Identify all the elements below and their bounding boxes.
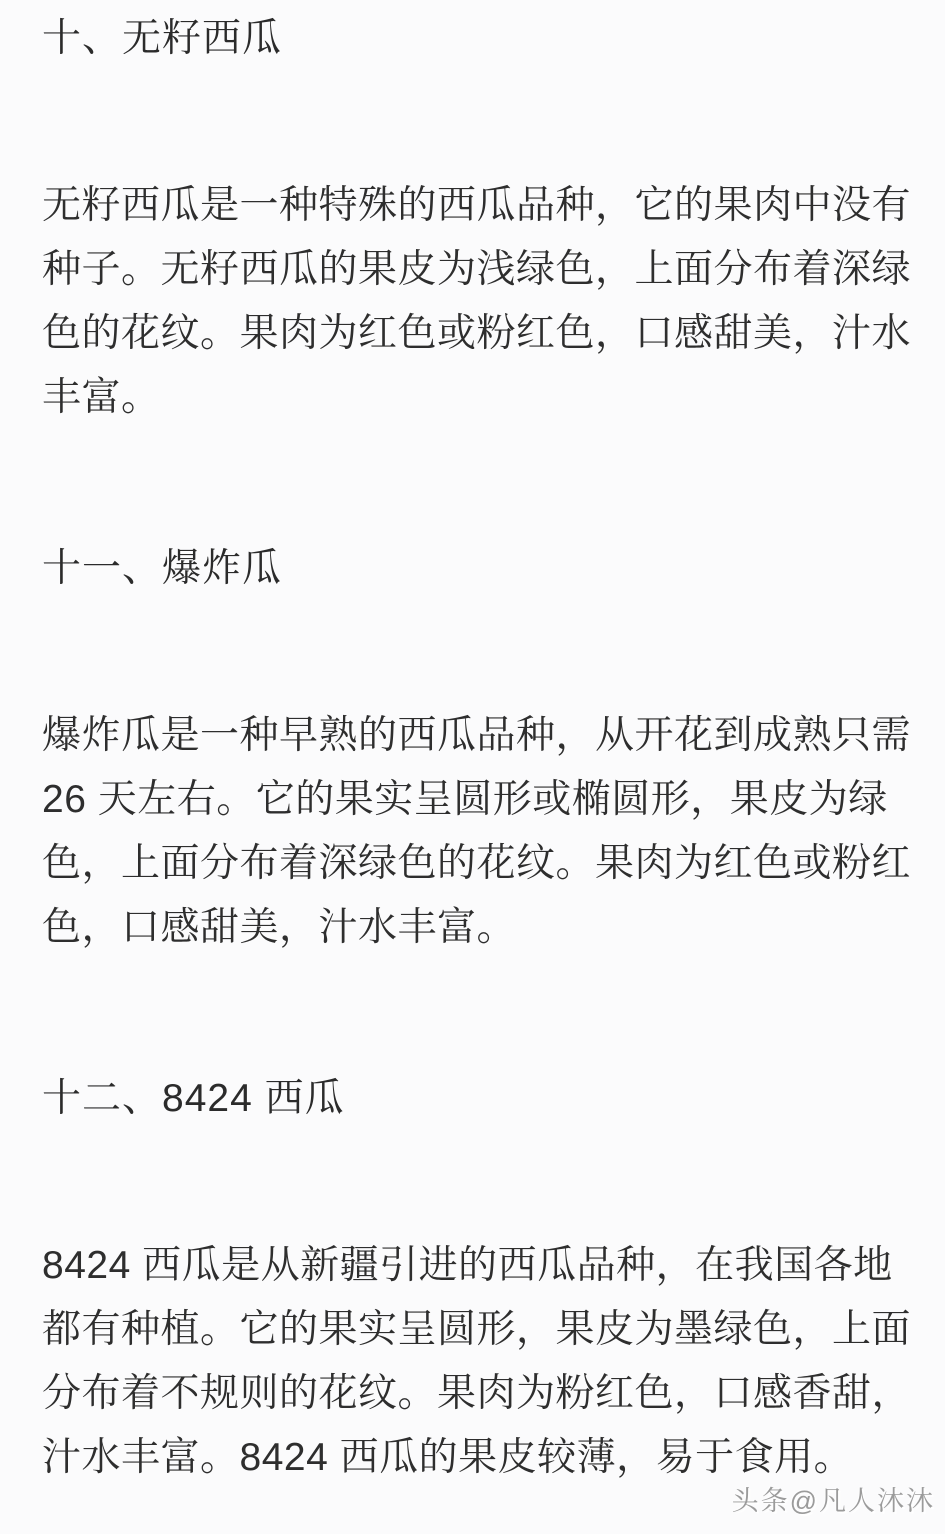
toutiao-author-watermark: 头条@凡人沐沐 xyxy=(732,1486,935,1516)
paragraph-line: 色，上面分布着深绿色的花纹。果肉为红色或粉红 xyxy=(42,832,903,896)
paragraph-line: 丰富。 xyxy=(42,366,903,430)
paragraph-line: 8424 西瓜是从新疆引进的西瓜品种，在我国各地 xyxy=(42,1234,903,1298)
section-seedless-watermelon: 十、无籽西瓜 无籽西瓜是一种特殊的西瓜品种，它的果肉中没有 种子。无籽西瓜的果皮… xyxy=(42,16,903,430)
paragraph-line: 都有种植。它的果实呈圆形，果皮为墨绿色，上面 xyxy=(42,1298,903,1362)
section-8424-watermelon: 十二、8424 西瓜 8424 西瓜是从新疆引进的西瓜品种，在我国各地 都有种植… xyxy=(42,1076,903,1490)
paragraph-line: 分布着不规则的花纹。果肉为粉红色，口感香甜， xyxy=(42,1362,903,1426)
paragraph-line: 色的花纹。果肉为红色或粉红色，口感甜美，汁水 xyxy=(42,302,903,366)
paragraph-line: 色，口感甜美，汁水丰富。 xyxy=(42,896,903,960)
paragraph-line: 汁水丰富。8424 西瓜的果皮较薄，易于食用。 xyxy=(42,1426,903,1490)
section-paragraph: 8424 西瓜是从新疆引进的西瓜品种，在我国各地 都有种植。它的果实呈圆形，果皮… xyxy=(42,1234,903,1490)
paragraph-line: 无籽西瓜是一种特殊的西瓜品种，它的果肉中没有 xyxy=(42,174,903,238)
section-paragraph: 爆炸瓜是一种早熟的西瓜品种，从开花到成熟只需 26 天左右。它的果实呈圆形或椭圆… xyxy=(42,704,903,960)
paragraph-line: 爆炸瓜是一种早熟的西瓜品种，从开花到成熟只需 xyxy=(42,704,903,768)
section-explosion-melon: 十一、爆炸瓜 爆炸瓜是一种早熟的西瓜品种，从开花到成熟只需 26 天左右。它的果… xyxy=(42,546,903,960)
section-heading: 十一、爆炸瓜 xyxy=(42,546,903,592)
section-paragraph: 无籽西瓜是一种特殊的西瓜品种，它的果肉中没有 种子。无籽西瓜的果皮为浅绿色，上面… xyxy=(42,174,903,430)
paragraph-line: 种子。无籽西瓜的果皮为浅绿色，上面分布着深绿 xyxy=(42,238,903,302)
section-heading: 十二、8424 西瓜 xyxy=(42,1076,903,1122)
section-heading: 十、无籽西瓜 xyxy=(42,16,903,62)
article-page: 十、无籽西瓜 无籽西瓜是一种特殊的西瓜品种，它的果肉中没有 种子。无籽西瓜的果皮… xyxy=(0,0,945,1534)
paragraph-line: 26 天左右。它的果实呈圆形或椭圆形，果皮为绿 xyxy=(42,768,903,832)
